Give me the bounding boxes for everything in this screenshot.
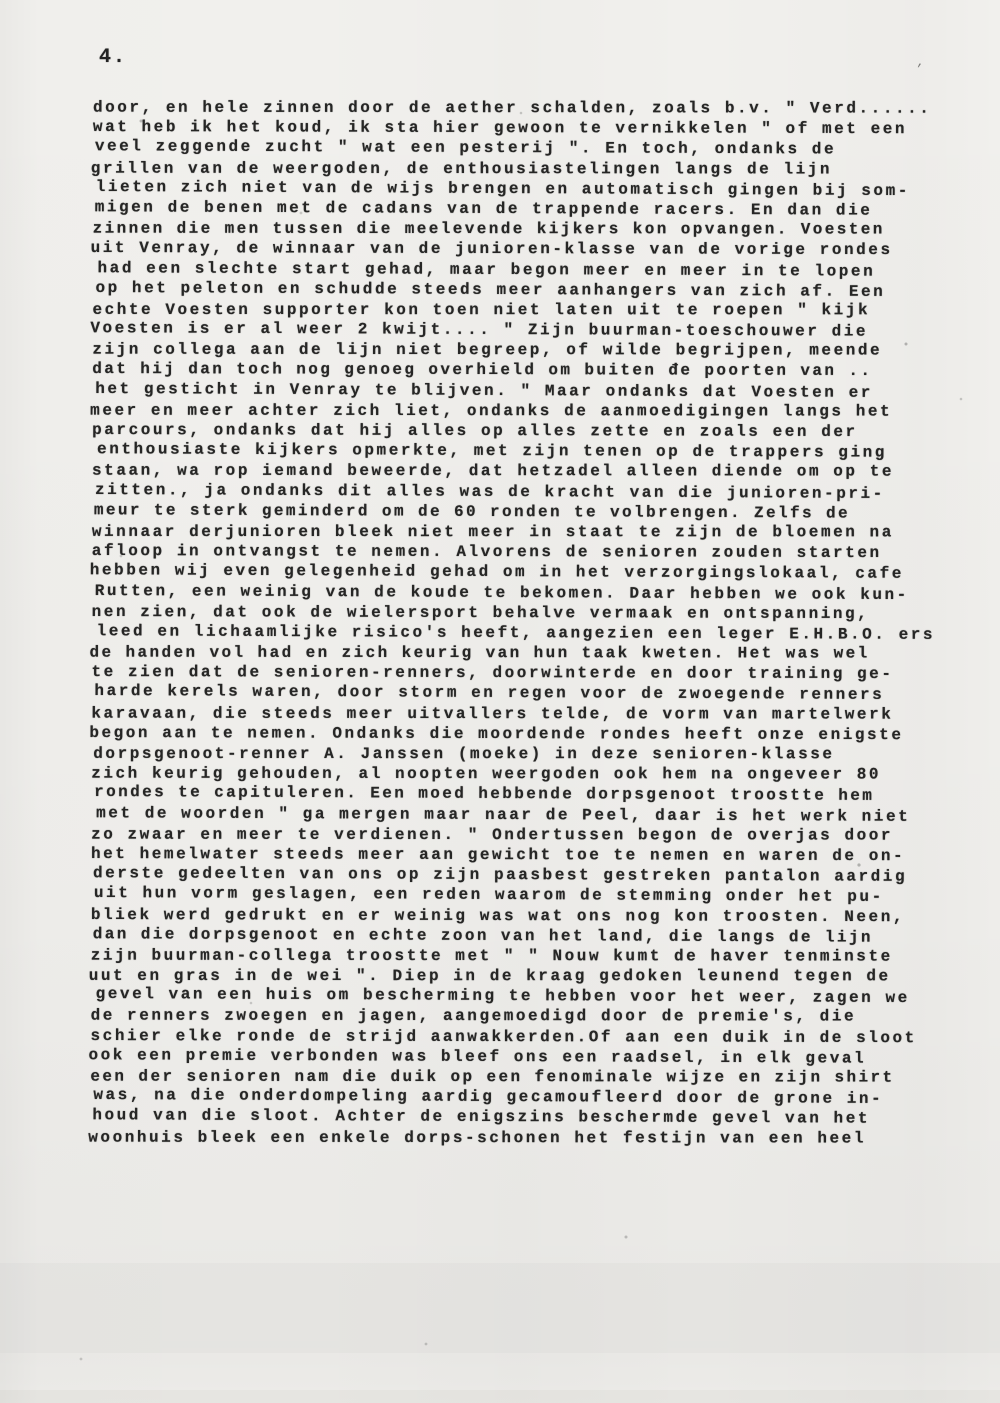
text-line: nen zien, dat ook de wielersport behalve… (92, 602, 962, 624)
text-line: Rutten, een weinig van de koude te bekom… (95, 580, 962, 605)
text-line: houd van die sloot. Achter de enigszins … (92, 1106, 960, 1130)
typewritten-text-block: door, en hele zinnen door de aether scha… (90, 97, 963, 1149)
scan-shading-band (0, 1263, 1000, 1353)
text-line: door, en hele zinnen door de aether scha… (93, 98, 963, 119)
text-line: echte Voesten supporter kon toen niet la… (92, 300, 962, 321)
text-line: de renners zwoegen en jagen, aangemoedig… (91, 1006, 961, 1027)
text-line: het gesticht in Venray te blijven. " Maa… (95, 379, 962, 404)
text-line: meer en meer achter zich liet, ondanks d… (90, 400, 962, 421)
text-line: ook een premie verbonden was bleef ons e… (88, 1045, 960, 1069)
text-line: leed en lichaamlijke risico's heeft, aan… (97, 621, 962, 645)
text-line: zijn collega aan de lijn niet begreep, o… (92, 340, 962, 361)
text-line: zinnen die men tussen die meelevende kij… (93, 219, 963, 240)
text-line: harde kerels waren, door storm en regen … (94, 681, 961, 706)
text-line: bliek werd gedrukt en er weinig was wat … (91, 904, 961, 926)
text-line: woonhuis bleek een enkele dorps-schonen … (88, 1127, 960, 1148)
text-line: de handen vol had en zich keurig van hun… (90, 643, 962, 664)
scan-speck (0, 0, 2, 2)
text-line: begon aan te nemen. Ondanks die moordend… (89, 723, 961, 745)
text-line: karavaan, die steeds meer uitvallers tel… (91, 703, 961, 724)
text-line: uut en gras in de wei ". Diep in de kraa… (89, 966, 961, 987)
scanned-document-page: 4. ’ door, en hele zinnen door de aether… (0, 0, 1000, 1403)
text-line: dan die dorpsgenoot en echte zoon van he… (93, 924, 961, 948)
text-line: Voesten is er al weer 2 kwijt.... " Zijn… (90, 318, 962, 342)
text-line: meur te sterk geminderd om de 60 ronden … (94, 500, 962, 524)
text-line: uit Venray, de winnaar van de junioren-k… (91, 238, 963, 260)
text-line: staan, wa rop iemand beweerde, dat hetza… (92, 461, 962, 482)
text-line: zijn buurman-collega troostte met " " No… (91, 945, 961, 966)
text-line: veel zeggende zucht " wat een pesterij "… (95, 137, 963, 161)
text-line: winnaar derjunioren bleek niet meer in s… (92, 522, 962, 543)
text-line: migen de benen met de cadans van de trap… (95, 197, 963, 221)
text-line: schier elke ronde de strijd aanwakkerden… (91, 1026, 961, 1048)
text-line: zo zwaar en meer te verdienen. " Ondertu… (91, 824, 961, 845)
text-line: grillen van de weergoden, de enthousiast… (91, 158, 963, 179)
text-line: met de woorden " ga mergen maar naar de … (96, 803, 961, 827)
scan-shading-band (0, 1390, 1000, 1403)
scan-artifact-mark: ’ (914, 62, 924, 78)
page-number: 4. (99, 46, 127, 69)
text-line: dat hij dan toch nog genoeg overhield om… (92, 359, 962, 381)
text-line: dorpsgenoot-renner A. Janssen (moeke) in… (93, 744, 961, 765)
text-line: op het peleton en schudde steeds meer aa… (95, 278, 962, 303)
